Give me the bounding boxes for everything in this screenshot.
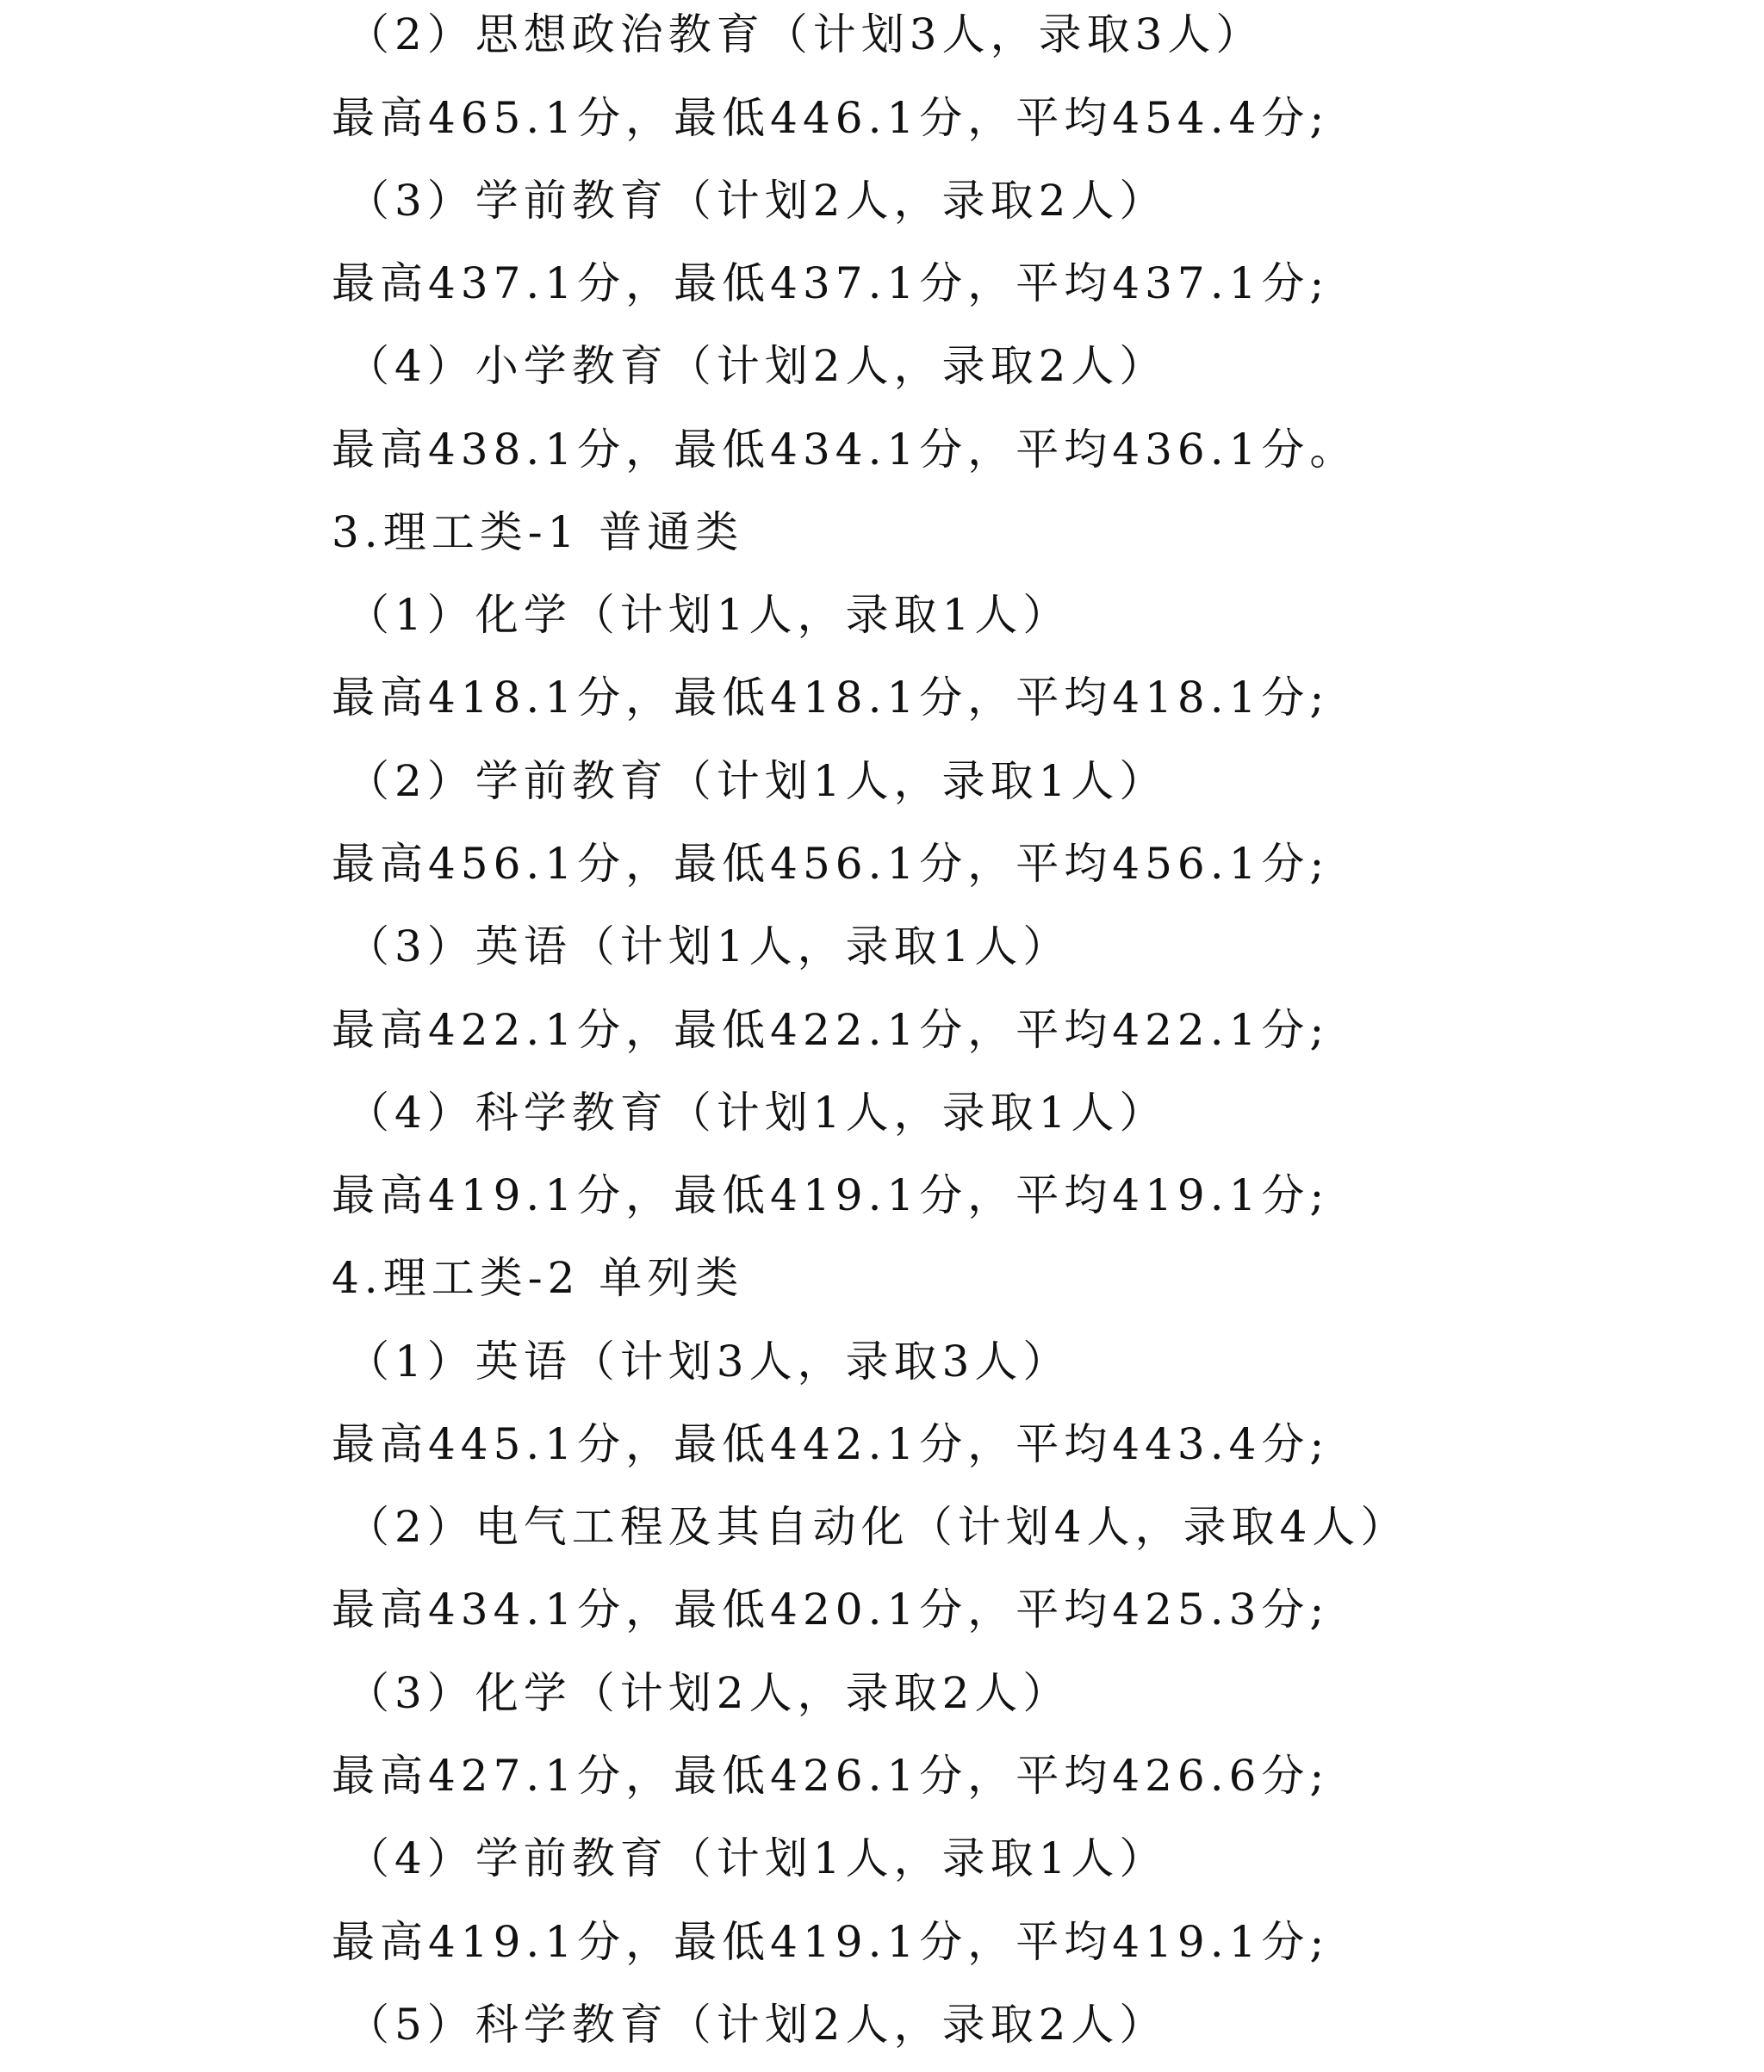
major-line: （1）化学（计划1人，录取1人） — [346, 589, 1071, 641]
major-line: （3）化学（计划2人，录取2人） — [346, 1667, 1071, 1719]
score-line: 最高419.1分，最低419.1分，平均419.1分; — [332, 1916, 1329, 1968]
score-line: 最高422.1分，最低422.1分，平均422.1分; — [332, 1004, 1329, 1056]
score-line: 最高437.1分，最低437.1分，平均437.1分; — [332, 257, 1329, 309]
major-line: （3）学前教育（计划2人，录取2人） — [346, 175, 1167, 226]
major-line: （1）英语（计划3人，录取3人） — [346, 1336, 1071, 1387]
score-line: 最高418.1分，最低418.1分，平均418.1分; — [332, 672, 1329, 723]
major-line: （4）科学教育（计划1人，录取1人） — [346, 1087, 1167, 1138]
major-line: （4）小学教育（计划2人，录取2人） — [346, 340, 1167, 392]
section-heading: 3.理工类-1 普通类 — [332, 506, 743, 558]
major-line: （2）电气工程及其自动化（计划4人，录取4人） — [346, 1501, 1408, 1553]
score-line: 最高438.1分，最低434.1分，平均436.1分。 — [332, 424, 1357, 475]
score-line: 最高419.1分，最低419.1分，平均419.1分; — [332, 1169, 1329, 1221]
major-line: （5）科学教育（计划2人，录取2人） — [346, 1999, 1167, 2050]
score-line: 最高434.1分，最低420.1分，平均425.3分; — [332, 1584, 1329, 1635]
score-line: 最高456.1分，最低456.1分，平均456.1分; — [332, 838, 1329, 890]
major-line: （2）学前教育（计划1人，录取1人） — [346, 755, 1167, 807]
score-line: 最高465.1分，最低446.1分，平均454.4分; — [332, 92, 1329, 144]
major-line: （2）思想政治教育（计划3人，录取3人） — [346, 9, 1264, 60]
section-heading: 4.理工类-2 单列类 — [332, 1252, 743, 1304]
major-line: （4）学前教育（计划1人，录取1人） — [346, 1833, 1167, 1884]
major-line: （3）英语（计划1人，录取1人） — [346, 921, 1071, 972]
score-line: 最高445.1分，最低442.1分，平均443.4分; — [332, 1418, 1329, 1470]
score-line: 最高427.1分，最低426.1分，平均426.6分; — [332, 1750, 1329, 1802]
document-page: （2）思想政治教育（计划3人，录取3人） 最高465.1分，最低446.1分，平… — [0, 0, 1764, 2072]
